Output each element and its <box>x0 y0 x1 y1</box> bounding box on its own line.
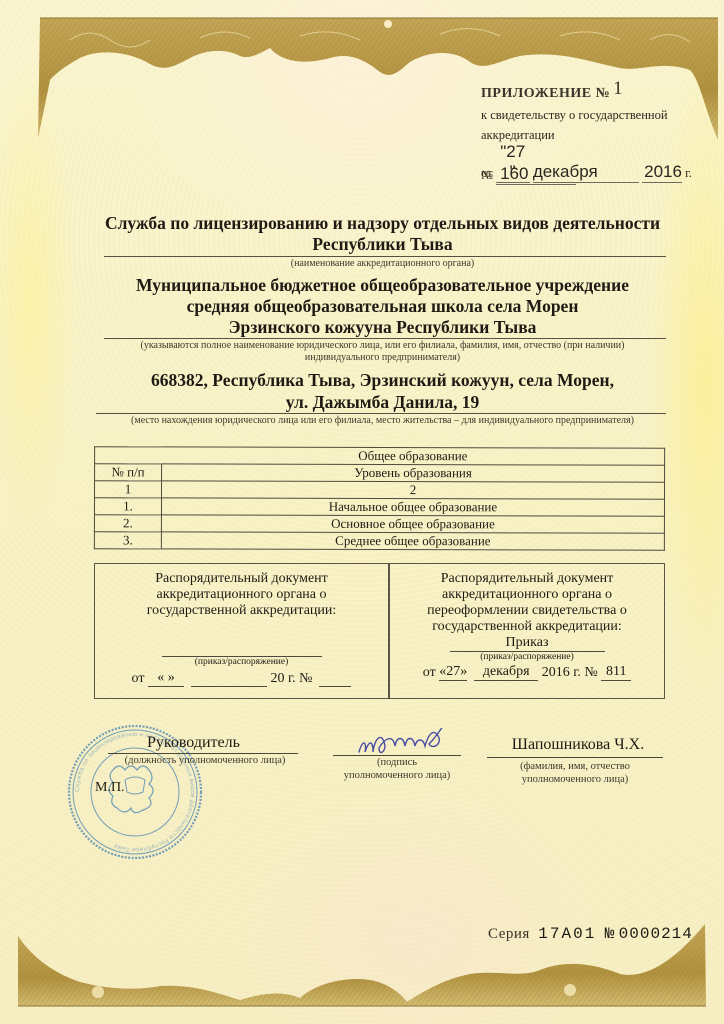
accreditation-order-box: Распорядительный документ аккредитационн… <box>94 563 389 699</box>
doc-right-day: «27» <box>439 664 467 681</box>
appendix-reg-number: № 160 <box>481 164 576 185</box>
doc-right-type-value: Приказ <box>450 635 605 652</box>
row-level: Начальное общее образование <box>161 498 664 516</box>
reissue-order-box: Распорядительный документ аккредитационн… <box>389 563 665 699</box>
name-caption-line2: уполномоченного лица) <box>487 774 663 786</box>
doc-right-line3: переоформлении свидетельства о <box>390 603 664 619</box>
doc-left-date: от « » 20 г. № <box>95 670 388 687</box>
row-num: 1. <box>94 498 161 515</box>
organization-rule <box>104 338 666 339</box>
doc-right-date: от «27» декабря 2016 г. № 811 <box>390 664 664 681</box>
section-header: Общее образование <box>162 447 665 465</box>
appendix-subtitle-line2: аккредитации <box>481 128 555 143</box>
reg-prefix: № <box>481 168 493 182</box>
top-ornament-border <box>0 0 724 150</box>
date-suffix: г. <box>685 166 692 180</box>
form-series-number: Серия 17А01 № 0000214 <box>488 925 693 943</box>
position-line <box>108 753 298 754</box>
authority-name-line2: Республики Тыва <box>95 234 670 255</box>
address-line2: ул. Дажымба Данила, 19 <box>95 392 670 413</box>
row-num: 3. <box>94 532 161 549</box>
series-number: 0000214 <box>619 925 693 943</box>
doc-left-year-suffix: г. № <box>288 671 313 686</box>
table-index-row: 1 2 <box>95 481 665 499</box>
authority-name-line1: Служба по лицензированию и надзору отдел… <box>95 213 670 234</box>
doc-left-type-caption: (приказ/распоряжение) <box>95 657 388 668</box>
doc-left-month <box>191 672 267 687</box>
organization-name-line2: средняя общеобразовательная школа села М… <box>95 296 670 317</box>
doc-left-year-prefix: 20 <box>270 671 284 686</box>
col-num-header: № п/п <box>95 464 162 481</box>
authority-caption: (наименование аккредитационного органа) <box>95 258 670 270</box>
education-levels-table: Общее образование № п/п Уровень образова… <box>94 446 665 550</box>
doc-right-year: 2016 г. <box>542 665 581 680</box>
appendix-title-text: ПРИЛОЖЕНИЕ № <box>481 86 610 101</box>
signature-caption-line2: уполномоченного лица) <box>333 770 461 782</box>
doc-left-day: « » <box>148 670 184 687</box>
table-row: 1. Начальное общее образование <box>94 498 664 516</box>
name-caption-line1: (фамилия, имя, отчество <box>487 761 663 773</box>
reg-number: 160 <box>496 164 576 185</box>
doc-right-num-prefix: № <box>584 665 597 680</box>
series-label: Серия <box>488 926 530 942</box>
doc-left-number <box>319 672 351 687</box>
table-header-row: № п/п Уровень образования <box>95 464 665 482</box>
col-index-2: 2 <box>162 481 665 499</box>
doc-left-type-value <box>162 642 322 657</box>
address-line1: 668382, Республика Тыва, Эрзинский кожуу… <box>95 370 670 391</box>
seal-label: М.П. <box>95 780 125 796</box>
organization-name-line3: Эрзинского кожууна Республики Тыва <box>95 317 670 338</box>
bottom-ornament-border <box>0 894 724 1024</box>
doc-right-date-prefix: от <box>423 665 436 680</box>
row-level: Среднее общее образование <box>161 532 664 550</box>
doc-right-number: 811 <box>601 664 631 681</box>
address-rule <box>96 413 666 414</box>
position-caption: (должность уполномоченного лица) <box>110 755 300 767</box>
doc-right-line1: Распорядительный документ <box>390 571 664 587</box>
series-num-prefix: № <box>605 925 615 943</box>
row-level: Основное общее образование <box>161 515 664 533</box>
table-row: 3. Среднее общее образование <box>94 532 664 550</box>
series-code: 17А01 <box>538 925 596 943</box>
address-caption: (место нахождения юридического лица или … <box>95 415 670 427</box>
position-title: Руководитель <box>147 734 240 752</box>
appendix-title: ПРИЛОЖЕНИЕ №1 <box>481 78 623 102</box>
doc-right-month: декабря <box>474 664 538 681</box>
authority-rule <box>104 256 666 257</box>
col-index-1: 1 <box>95 481 162 498</box>
table-row: 2. Основное общее образование <box>94 515 664 533</box>
row-num: 2. <box>94 515 161 532</box>
doc-left-line3: государственной аккредитации: <box>95 603 388 619</box>
appendix-subtitle-line1: к свидетельству о государственной <box>481 108 668 123</box>
doc-left-line1: Распорядительный документ <box>95 571 388 587</box>
organization-caption-line1: (указываются полное наименование юридиче… <box>95 340 670 352</box>
signature-line <box>333 755 461 756</box>
doc-right-line2: аккредитационного органа о <box>390 587 664 603</box>
signatory-name: Шапошникова Ч.Х. <box>490 736 666 754</box>
organization-name-line1: Муниципальное бюджетное общеобразователь… <box>95 275 670 296</box>
appendix-number: 1 <box>613 78 623 99</box>
signature-caption-line1: (подпись <box>333 757 461 769</box>
table-section-header-row: Общее образование <box>95 447 665 465</box>
organization-caption-line2: индивидуального предпринимателя) <box>95 352 670 364</box>
name-line <box>487 757 663 758</box>
date-year: 2016 <box>642 162 682 183</box>
doc-left-date-prefix: от <box>132 671 145 686</box>
doc-right-line4: государственной аккредитации: <box>390 619 664 635</box>
doc-right-type-caption: (приказ/распоряжение) <box>390 652 664 663</box>
col-level-header: Уровень образования <box>162 464 665 482</box>
doc-left-line2: аккредитационного органа о <box>95 587 388 603</box>
